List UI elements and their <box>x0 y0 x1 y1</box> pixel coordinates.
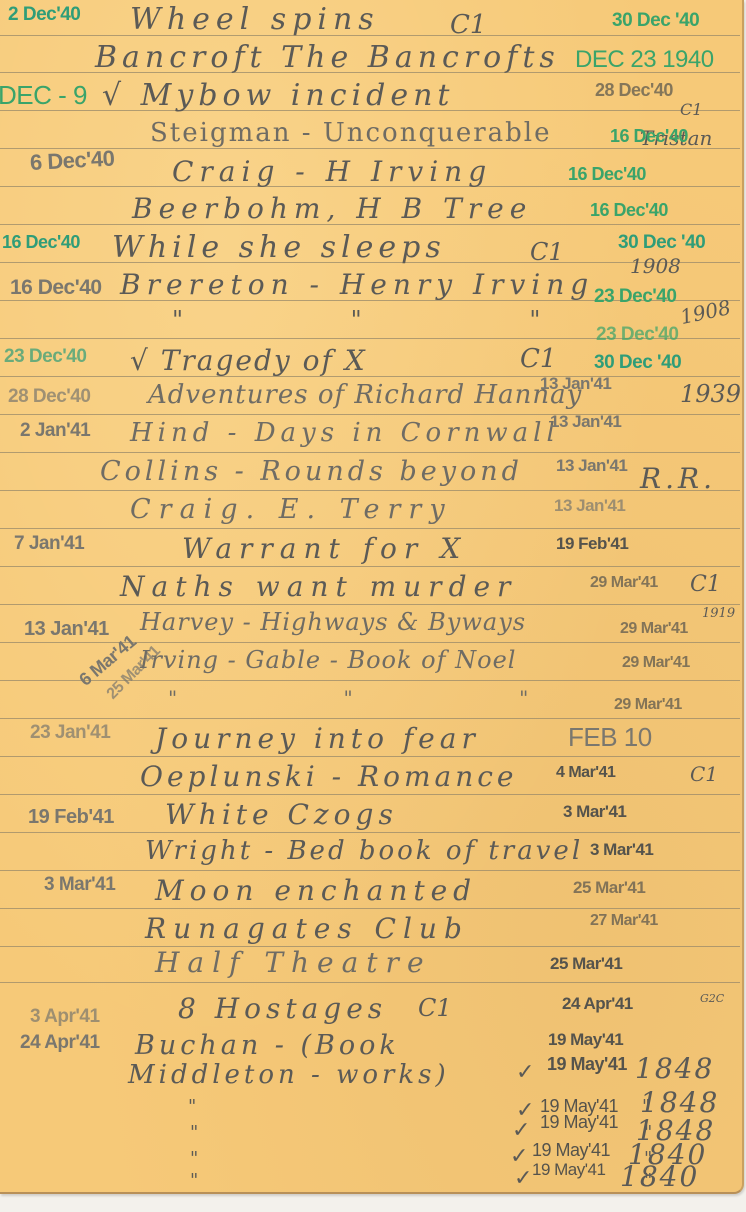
date-stamp: 3 Mar'41 <box>44 874 115 896</box>
entry-title: Hind - Days in Cornwall <box>130 418 560 448</box>
entry-title: " " " <box>168 686 608 710</box>
date-stamp: DEC 23 1940 <box>575 46 714 74</box>
date-stamp: 19 Feb'41 <box>28 806 114 829</box>
entry-title: Half Theatre <box>155 946 432 979</box>
checkmark-icon: ✓ <box>516 1060 534 1085</box>
date-stamp: 29 Mar'41 <box>614 696 682 714</box>
entry-title: Wheel spins <box>130 2 380 37</box>
entry-title: 8 Hostages <box>178 992 387 1025</box>
date-stamp: 24 Apr'41 <box>562 994 633 1014</box>
year-note: 1840 <box>620 1160 699 1193</box>
date-stamp: 29 Mar'41 <box>620 620 688 638</box>
date-stamp: 2 Dec'40 <box>8 4 80 26</box>
date-stamp: 2 Jan'41 <box>20 420 90 442</box>
date-stamp: 7 Jan'41 <box>14 533 84 555</box>
rule-line <box>0 490 740 491</box>
date-stamp: 19 May'41 <box>540 1112 618 1133</box>
entry-note: 1919 <box>702 606 735 621</box>
entry-title: " " " <box>172 306 620 334</box>
library-card: 2 Dec'40 DEC - 9 6 Dec'40 16 Dec'40 16 D… <box>0 0 744 1194</box>
entry-title: Buchan - (Book <box>135 1030 400 1061</box>
entry-note: G2C <box>700 992 724 1005</box>
date-stamp: 28 Dec'40 <box>8 386 90 408</box>
rule-line <box>0 528 740 529</box>
date-stamp: 24 Apr'41 <box>20 1032 100 1054</box>
rule-line <box>0 718 740 719</box>
rule-line <box>0 832 740 833</box>
entry-title: Craig - H Irving <box>172 155 492 188</box>
entry-title: √ Mybow incident <box>102 78 454 113</box>
date-stamp: 19 May'41 <box>547 1054 627 1075</box>
entry-title: Moon enchanted <box>155 874 477 907</box>
date-stamp: 13 Jan'41 <box>24 618 109 641</box>
rule-line <box>0 982 740 983</box>
entry-title: Steigman - Unconquerable <box>150 118 552 148</box>
date-stamp: 16 Dec'40 <box>610 126 688 147</box>
entry-title: Bancroft The Bancrofts <box>95 40 560 75</box>
checkmark-icon: ✓ <box>512 1118 530 1143</box>
date-stamp: 27 Mar'41 <box>590 912 658 930</box>
entry-title: While she sleeps <box>112 230 446 265</box>
date-stamp: 6 Dec'40 <box>29 146 115 176</box>
rule-line <box>0 604 740 605</box>
entry-title: √ Tragedy of X <box>130 344 367 377</box>
entry-title: Middleton - works) <box>128 1060 450 1090</box>
entry-title: Irving - Gable - Book of Noel <box>140 646 516 674</box>
entry-title: White Czogs <box>165 798 398 831</box>
entry-note: C1 <box>680 100 702 119</box>
date-stamp: 13 Jan'41 <box>554 496 625 516</box>
date-stamp: 3 Mar'41 <box>563 802 626 822</box>
date-stamp: 3 Mar'41 <box>590 840 653 860</box>
date-stamp: 30 Dec '40 <box>612 10 699 32</box>
date-stamp: 30 Dec '40 <box>618 232 705 254</box>
date-stamp: 3 Apr'41 <box>30 1006 100 1028</box>
date-stamp: 23 Dec'40 <box>4 346 86 368</box>
date-stamp: 25 Mar'41 <box>550 954 622 974</box>
rule-line <box>0 756 740 757</box>
date-stamp: 19 May'41 <box>532 1160 605 1180</box>
entry-note: C1 <box>418 994 452 1022</box>
date-stamp: 13 Jan'41 <box>540 374 611 394</box>
date-stamp: 29 Mar'41 <box>590 574 658 592</box>
entry-title: Brereton - Henry Irving <box>120 268 594 301</box>
date-stamp: 4 Mar'41 <box>556 764 615 782</box>
rule-line <box>0 908 740 909</box>
entry-title: Craig. E. Terry <box>130 494 453 525</box>
year-note: 1848 <box>635 1052 714 1085</box>
date-stamp: 13 Jan'41 <box>556 456 627 476</box>
date-stamp: 28 Dec'40 <box>595 80 673 101</box>
date-stamp: 25 Mar'41 <box>573 878 645 898</box>
entry-note: C1 <box>690 762 718 786</box>
date-stamp: 16 Dec'40 <box>2 232 80 253</box>
entry-title: Beerbohm, H B Tree <box>132 192 532 225</box>
date-stamp: 23 Dec'40 <box>596 324 678 346</box>
date-stamp: 16 Dec'40 <box>10 276 102 300</box>
entry-note: C1 <box>450 10 486 40</box>
rule-line <box>0 376 740 377</box>
entry-note: C1 <box>520 344 556 374</box>
date-stamp: FEB 10 <box>568 722 652 753</box>
date-stamp: 13 Jan'41 <box>550 412 621 432</box>
entry-title: Adventures of Richard Hannay <box>148 380 582 410</box>
date-stamp: 23 Jan'41 <box>30 722 110 744</box>
entry-note: C1 <box>690 572 721 597</box>
checkmark-icon: ✓ <box>514 1166 532 1191</box>
date-stamp: 23 Dec'40 <box>594 286 676 308</box>
entry-title: Wright - Bed book of travel <box>145 836 583 866</box>
date-stamp: 19 May'41 <box>532 1140 610 1161</box>
date-stamp: 16 Dec'40 <box>568 164 646 185</box>
entry-title: Harvey - Highways & Byways <box>140 608 526 636</box>
entry-title: Naths want murder <box>120 570 517 603</box>
date-stamp: DEC - 9 <box>0 80 87 111</box>
rule-line <box>0 870 740 871</box>
entry-title: Journey into fear <box>155 722 480 755</box>
entry-note: 1939 <box>680 380 741 408</box>
rule-line <box>0 452 740 453</box>
entry-title: Warrant for X <box>182 532 467 565</box>
entry-note: C1 <box>530 238 564 266</box>
date-stamp: 29 Mar'41 <box>622 654 690 672</box>
rule-line <box>0 680 740 681</box>
rule-line <box>0 414 740 415</box>
date-stamp: 16 Dec'40 <box>590 200 668 221</box>
entry-title: Runagates Club <box>145 912 469 945</box>
date-stamp: 19 Feb'41 <box>556 534 628 554</box>
rule-line <box>0 566 740 567</box>
entry-title: Oeplunski - Romance <box>140 760 518 793</box>
rule-line <box>0 794 740 795</box>
entry-title: Collins - Rounds beyond <box>100 456 523 487</box>
date-stamp: 19 May'41 <box>548 1030 623 1050</box>
entry-note: 1908 <box>630 254 681 278</box>
entry-note: R.R. <box>640 462 716 495</box>
date-stamp: 30 Dec '40 <box>594 352 681 374</box>
